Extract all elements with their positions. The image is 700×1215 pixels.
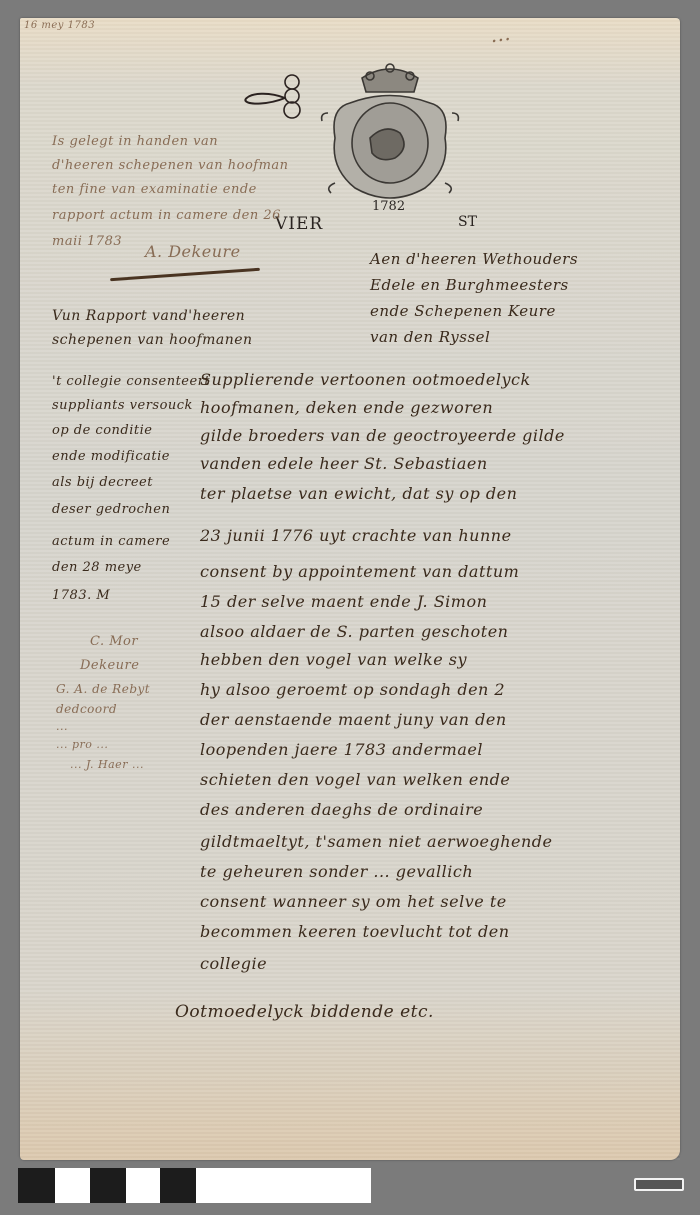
decision-signature: ... pro ...: [56, 738, 108, 751]
archive-label-tag: [634, 1178, 684, 1191]
body-line: hy alsoo geroemt op sondagh den 2: [200, 680, 505, 699]
address-line: Aen d'heeren Wethouders: [370, 250, 578, 268]
body-line: hebben den vogel van welke sy: [200, 650, 467, 669]
closing-line: Ootmoedelyck biddende etc.: [175, 1002, 434, 1022]
decision-line: actum in camere: [52, 534, 170, 549]
body-line: ter plaetse van ewicht, dat sy op den: [200, 484, 517, 503]
apostille-signature: A. Dekeure: [145, 242, 241, 261]
scroll-flourish-icon: [240, 70, 310, 125]
scale-segment-black: [90, 1168, 126, 1203]
body-line: Supplierende vertoonen ootmoedelyck: [200, 370, 531, 389]
decision-signature: dedcoord: [56, 702, 117, 716]
address-line: ende Schepenen Keure: [370, 302, 556, 320]
decision-line: op de conditie: [52, 423, 152, 438]
body-line: becommen keeren toevlucht tot den: [200, 922, 510, 941]
decision-signature: ... J. Haer ...: [70, 758, 144, 771]
body-line: vanden edele heer St. Sebastiaen: [200, 454, 488, 473]
scale-segment-black: [18, 1168, 55, 1203]
decision-line: ende modificatie: [52, 449, 170, 464]
stamp-label-left: VIER: [275, 214, 323, 234]
scale-bar: [18, 1168, 371, 1203]
body-line: des anderen daeghs de ordinaire: [200, 800, 483, 819]
document-page: 16 mey 1783 1782 VIER ST ... Is gelegt i…: [20, 18, 680, 1160]
decision-signature: C. Mor: [90, 634, 138, 649]
decision-line: 1783. M: [52, 588, 110, 603]
apostille-line: maii 1783: [52, 234, 122, 249]
address-line: van den Ryssel: [370, 328, 490, 346]
apostille-line: rapport actum in camere den 26: [52, 208, 281, 223]
address-line: Edele en Burghmeesters: [370, 276, 569, 294]
apostille-line: Is gelegt in handen van: [52, 134, 218, 149]
body-line: hoofmanen, deken ende gezworen: [200, 398, 493, 417]
top-left-date-note: 16 mey 1783: [24, 20, 95, 31]
body-line: te geheuren sonder ... gevallich: [200, 862, 473, 881]
body-line: collegie: [200, 954, 267, 973]
apostille-line: d'heeren schepenen van hoofman: [52, 158, 289, 173]
scale-segment-black: [160, 1168, 196, 1203]
stamp-year: 1782: [372, 199, 405, 214]
stamp-label-right: ST: [458, 214, 477, 230]
pen-stroke: [110, 268, 260, 281]
decision-line: als bij decreet: [52, 475, 153, 490]
body-line: schieten den vogel van welken ende: [200, 770, 510, 789]
decision-signature: Dekeure: [80, 658, 139, 673]
decision-line: schepenen van hoofmanen: [52, 332, 253, 348]
decision-signature: ...: [56, 720, 68, 733]
scale-segment-white: [55, 1168, 90, 1203]
decision-line: 't collegie consenteert: [52, 374, 210, 389]
body-line: loopenden jaere 1783 andermael: [200, 740, 483, 759]
apostille-line: ten fine van examinatie ende: [52, 182, 257, 197]
top-right-signature: ...: [488, 21, 512, 48]
coat-of-arms-stamp-icon: 1782: [310, 58, 470, 218]
decision-line: den 28 meye: [52, 560, 142, 575]
decision-line: Vun Rapport vand'heeren: [52, 308, 245, 324]
body-line: 23 junii 1776 uyt crachte van hunne: [200, 526, 512, 545]
body-line: gildtmaeltyt, t'samen niet aerwoeghende: [200, 832, 553, 851]
body-line: 15 der selve maent ende J. Simon: [200, 592, 487, 611]
body-line: der aenstaende maent juny van den: [200, 710, 507, 729]
body-line: consent by appointement van dattum: [200, 562, 519, 581]
scale-segment-white: [126, 1168, 160, 1203]
decision-line: deser gedrochen: [52, 502, 170, 517]
body-line: consent wanneer sy om het selve te: [200, 892, 507, 911]
decision-line: suppliants versouck: [52, 398, 193, 413]
body-line: gilde broeders van de geoctroyeerde gild…: [200, 426, 565, 445]
body-line: alsoo aldaer de S. parten geschoten: [200, 622, 508, 641]
decision-signature: G. A. de Rebyt: [56, 682, 150, 696]
scale-segment-white: [196, 1168, 371, 1203]
